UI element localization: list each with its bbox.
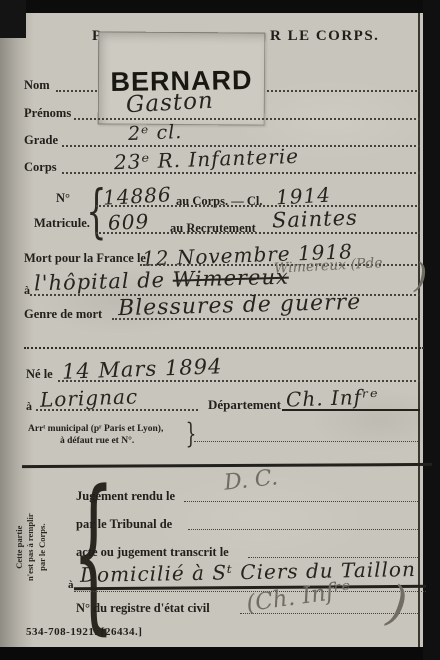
tribunal-label: par le Tribunal de xyxy=(76,517,172,532)
matricule-line1 xyxy=(96,205,420,207)
matricule-recrut-value: 609 xyxy=(108,209,150,234)
form-title-right: R LE CORPS. xyxy=(270,28,379,45)
matricule-label: Matricule. xyxy=(34,216,90,231)
corps-label: Corps xyxy=(24,160,57,175)
grade-label: Grade xyxy=(24,133,58,148)
scan-border-bottom xyxy=(0,647,440,660)
scan-border-top-corner xyxy=(0,0,26,38)
matricule-recrut-place: Saintes xyxy=(272,206,359,233)
arr-line1: Arrᵗ municipal (pʳ Paris et Lyon), xyxy=(28,424,163,434)
side-note: Cette partie n'est pas à remplir par le … xyxy=(14,482,48,612)
domicile-value: Domicilié à Sᵗ Ciers du Taillon xyxy=(80,557,416,587)
genre-value: Blessures de guerre xyxy=(118,290,362,321)
acte-label: acte ou jugement transcrit le xyxy=(76,545,229,560)
registre-annotation-paren: ) xyxy=(384,575,410,633)
side-note-line1: Cette partie xyxy=(14,482,25,612)
registre-label: N° du registre d'état civil xyxy=(76,601,210,616)
prenoms-value: Gaston xyxy=(125,88,214,119)
death-record-card: P R LE CORPS. Nom BERNARD Prénoms Gaston… xyxy=(0,0,440,660)
side-note-line2: n'est pas à remplir xyxy=(25,482,36,612)
lieu-value-struck: Wimereux xyxy=(172,265,289,292)
genre-label: Genre de mort xyxy=(24,307,102,322)
departement-line xyxy=(282,409,420,411)
jugement-line xyxy=(184,501,420,502)
lieu-value-prefix: l'hôpital de xyxy=(34,268,173,296)
jugement-label: Jugement rendu le xyxy=(76,489,175,504)
matricule-no-label: N° xyxy=(56,191,70,206)
ne-lieu-label: à xyxy=(26,399,32,414)
matricule-line2 xyxy=(96,232,420,234)
lieu-value: l'hôpital de Wimereux xyxy=(34,265,289,296)
imprint-code: 534-708-1921. [26434.] xyxy=(26,626,142,638)
side-note-line3: par le Corps. xyxy=(37,482,48,612)
genre-line xyxy=(112,318,420,320)
prenoms-label: Prénoms xyxy=(24,106,71,121)
grade-value: 2ᵉ cl. xyxy=(128,121,183,145)
ne-lieu-value: Lorignac xyxy=(40,384,139,411)
jugement-annotation: D. C. xyxy=(223,465,279,495)
lieu-annotation-paren: ) xyxy=(414,256,427,296)
section-divider-dotted xyxy=(24,347,424,349)
tribunal-line xyxy=(188,529,420,530)
nom-label: Nom xyxy=(24,78,50,93)
mort-label: Mort pour la France le xyxy=(24,251,146,266)
arr-line xyxy=(194,441,420,442)
departement-label: Département xyxy=(208,397,281,413)
ne-lieu-line xyxy=(36,409,198,411)
scan-border-top xyxy=(0,0,440,13)
corps-value: 23ᵉ R. Infanterie xyxy=(114,144,300,174)
ne-line xyxy=(58,380,420,382)
arr-brace: } xyxy=(186,420,197,448)
arr-line2: à défaut rue et N°. xyxy=(60,436,134,446)
page-edge-line xyxy=(418,13,420,647)
domicile-prefix-label: à xyxy=(68,579,74,591)
departement-value: Ch. Infʳᵉ xyxy=(286,384,380,411)
ne-label: Né le xyxy=(26,367,53,382)
scan-border-right xyxy=(423,0,440,660)
